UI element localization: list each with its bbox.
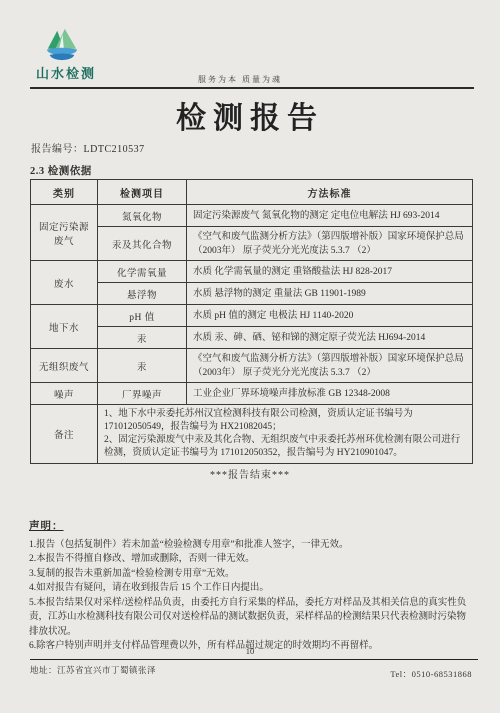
report-page: 山水检测 服务为本 质量为魂 检测报告 报告编号：LDTC210537 2.3 … xyxy=(0,0,500,713)
header-divider xyxy=(30,87,474,89)
statement-heading: 声明： xyxy=(29,520,475,535)
statement-section: 声明： 1.报告（包括复制件）若未加盖“检验检测专用章”和批准人签字，一律无效。… xyxy=(29,520,475,654)
method-cell: 工业企业厂界环境噪声排放标准 GB 12348-2008 xyxy=(187,383,473,405)
item-cell: 汞及其化合物 xyxy=(98,227,187,261)
category-cell: 无组织废气 xyxy=(31,349,98,383)
remark-line: 1、地下水中汞委托苏州汉宜检测科技有限公司检测，资质认定证书编号为 171012… xyxy=(104,408,466,434)
table-row: 固定污染源废气 氮氧化物 固定污染源废气 氮氧化物的测定 定电位电解法 HJ 6… xyxy=(31,205,473,227)
report-end-note: ***报告结束*** xyxy=(0,466,500,481)
table-row: 汞及其化合物 《空气和废气监测分析方法》（第四版增补版）国家环境保护总局（200… xyxy=(31,227,473,261)
item-cell: 化学需氧量 xyxy=(98,261,187,283)
report-number-value: LDTC210537 xyxy=(84,144,145,155)
statement-item: 4.如对报告有疑问，请在收到报告后 15 个工作日内提出。 xyxy=(29,581,475,596)
category-cell: 废水 xyxy=(31,261,98,305)
item-cell: 汞 xyxy=(98,349,187,383)
mountain-water-logo-icon xyxy=(42,26,82,62)
page-title: 检测报告 xyxy=(0,93,500,137)
col-header-item: 检测项目 xyxy=(98,180,187,205)
statement-item: 2.本报告不得擅自修改、增加或删除，否则一律无效。 xyxy=(29,552,475,567)
statement-item: 1.报告（包括复制件）若未加盖“检验检测专用章”和批准人签字，一律无效。 xyxy=(29,538,475,553)
report-number-label: 报告编号： xyxy=(31,144,84,155)
table-row: 悬浮物 水质 悬浮物的测定 重量法 GB 11901-1989 xyxy=(31,283,473,305)
page-number: 10 xyxy=(0,646,500,656)
report-number: 报告编号：LDTC210537 xyxy=(31,140,145,155)
table-row: 噪声 厂界噪声 工业企业厂界环境噪声排放标准 GB 12348-2008 xyxy=(31,383,473,405)
remark-line: 2、固定污染源废气中汞及其化合物、无组织废气中汞委托苏州环优检测有限公司进行检测… xyxy=(104,434,466,460)
company-tagline: 服务为本 质量为魂 xyxy=(0,74,480,85)
item-cell: 氮氧化物 xyxy=(98,205,187,227)
statement-item: 5.本报告结果仅对采样/送检样品负责，由委托方自行采集的样品，委托方对样品及其相… xyxy=(29,596,475,640)
method-cell: 《空气和废气监测分析方法》（第四版增补版）国家环境保护总局（2003年） 原子荧… xyxy=(187,349,473,383)
item-cell: pH 值 xyxy=(98,305,187,327)
category-cell: 地下水 xyxy=(31,305,98,349)
table-row: 废水 化学需氧量 水质 化学需氧量的测定 重铬酸盐法 HJ 828-2017 xyxy=(31,261,473,283)
category-cell: 噪声 xyxy=(31,383,98,405)
section-heading: 2.3 检测依据 xyxy=(30,163,92,178)
table-row: 无组织废气 汞 《空气和废气监测分析方法》（第四版增补版）国家环境保护总局（20… xyxy=(31,349,473,383)
footer-telephone: Tel：0510-68531868 xyxy=(390,668,472,680)
table-header-row: 类别 检测项目 方法标准 xyxy=(31,180,473,205)
remark-row: 备注 1、地下水中汞委托苏州汉宜检测科技有限公司检测，资质认定证书编号为 171… xyxy=(31,405,473,464)
method-cell: 《空气和废气监测分析方法》（第四版增补版）国家环境保护总局（2003年） 原子荧… xyxy=(187,227,473,261)
col-header-category: 类别 xyxy=(31,180,98,205)
method-cell: 固定污染源废气 氮氧化物的测定 定电位电解法 HJ 693-2014 xyxy=(187,205,473,227)
method-cell: 水质 汞、砷、硒、铋和锑的测定原子荧光法 HJ694-2014 xyxy=(187,327,473,349)
table-row: 地下水 pH 值 水质 pH 值的测定 电极法 HJ 1140-2020 xyxy=(31,305,473,327)
footer-divider xyxy=(30,659,478,660)
footer-address: 地址：江苏省宜兴市丁蜀镇张泽 xyxy=(30,664,156,676)
method-cell: 水质 悬浮物的测定 重量法 GB 11901-1989 xyxy=(187,283,473,305)
method-cell: 水质 化学需氧量的测定 重铬酸盐法 HJ 828-2017 xyxy=(187,261,473,283)
item-cell: 汞 xyxy=(98,327,187,349)
item-cell: 悬浮物 xyxy=(98,283,187,305)
method-standards-table: 类别 检测项目 方法标准 固定污染源废气 氮氧化物 固定污染源废气 氮氧化物的测… xyxy=(30,179,473,464)
statement-item: 3.复制的报告未重新加盖“检验检测专用章”无效。 xyxy=(29,567,475,582)
category-cell: 固定污染源废气 xyxy=(31,205,98,261)
table-row: 汞 水质 汞、砷、硒、铋和锑的测定原子荧光法 HJ694-2014 xyxy=(31,327,473,349)
remark-content-cell: 1、地下水中汞委托苏州汉宜检测科技有限公司检测，资质认定证书编号为 171012… xyxy=(98,405,473,464)
method-cell: 水质 pH 值的测定 电极法 HJ 1140-2020 xyxy=(187,305,473,327)
item-cell: 厂界噪声 xyxy=(98,383,187,405)
col-header-method: 方法标准 xyxy=(187,180,473,205)
remark-label-cell: 备注 xyxy=(31,405,98,464)
